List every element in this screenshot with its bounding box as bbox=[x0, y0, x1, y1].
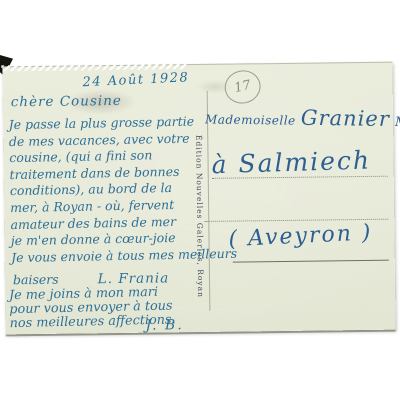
sort-number: 17 bbox=[233, 78, 252, 96]
address-rule-3 bbox=[233, 260, 389, 263]
salutation: chère Cousine bbox=[11, 93, 122, 110]
address-last-name: Granier bbox=[301, 106, 390, 131]
date-text: 24 Août 1928 bbox=[82, 70, 189, 90]
address-title: Mademoiselle bbox=[205, 112, 296, 127]
address-first-name: Marthe bbox=[395, 115, 400, 131]
pencil-circle: 17 bbox=[221, 67, 263, 107]
signature-initials: J. B. bbox=[145, 317, 183, 333]
address-department: ( Aveyron ) bbox=[228, 220, 373, 252]
postcard-back: 24 Août 1928 17 chère Cousine Je passe l… bbox=[2, 62, 395, 335]
deckle-edge bbox=[1, 63, 186, 71]
message-body: Je passe la plus grosse partie de mes va… bbox=[8, 113, 237, 267]
closing-word: baisers bbox=[13, 272, 59, 288]
address-town: à Salmiech bbox=[211, 146, 371, 180]
address-recipient: Mademoiselle Granier Marthe bbox=[205, 104, 397, 131]
